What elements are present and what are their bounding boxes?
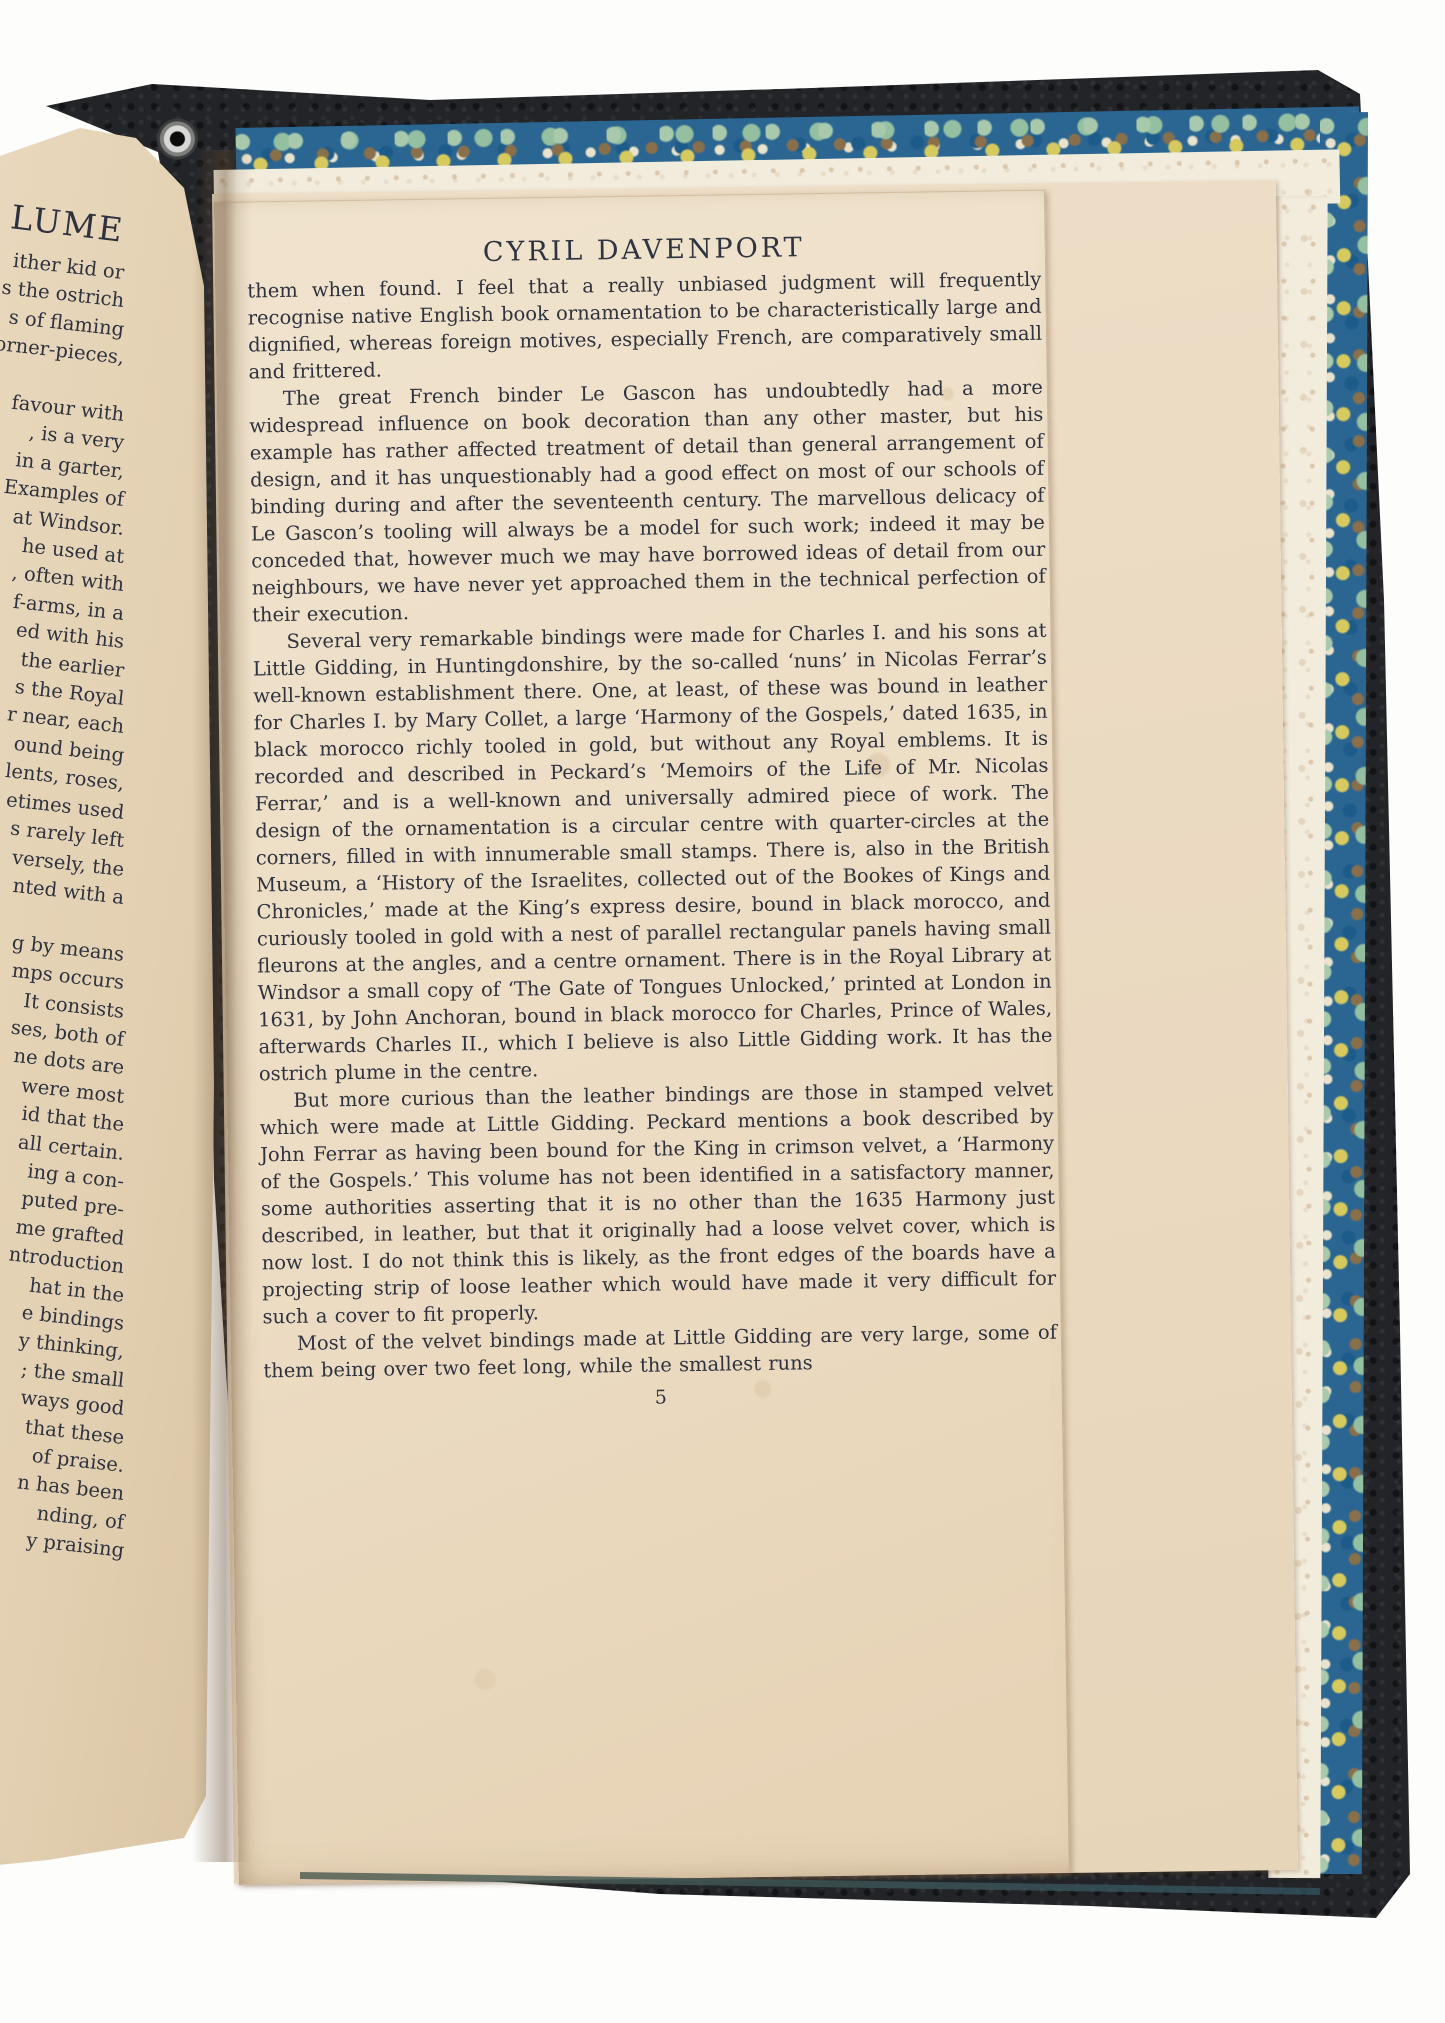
gutter-shadow [192, 150, 252, 1862]
page-body-text: them when found. I feel that a really un… [247, 266, 1057, 1385]
running-header: CYRIL DAVENPORT [247, 231, 1041, 270]
page-number: 5 [264, 1381, 1058, 1415]
paragraph: Most of the velvet bindings made at Litt… [263, 1319, 1058, 1385]
right-page: CYRIL DAVENPORT them when found. I feel … [214, 190, 1070, 1885]
paragraph: But more curious than the leather bindin… [259, 1076, 1057, 1331]
photo-background: LUME ither kid ors the ostrichs of flami… [0, 0, 1445, 2023]
left-page-fragment-lines: ither kid ors the ostrichs of flamingorn… [0, 259, 124, 1566]
paragraph: them when found. I feel that a really un… [247, 266, 1043, 386]
metal-clasp-icon [142, 111, 208, 172]
paragraph: The great French binder Le Gascon has un… [249, 374, 1047, 629]
paragraph: Several very remarkable bindings were ma… [252, 617, 1053, 1088]
left-page-title-fragment: LUME [0, 174, 126, 247]
left-page-text-column: LUME ither kid ors the ostrichs of flami… [0, 214, 124, 1566]
right-page-text-block: CYRIL DAVENPORT them when found. I feel … [247, 231, 1058, 1415]
